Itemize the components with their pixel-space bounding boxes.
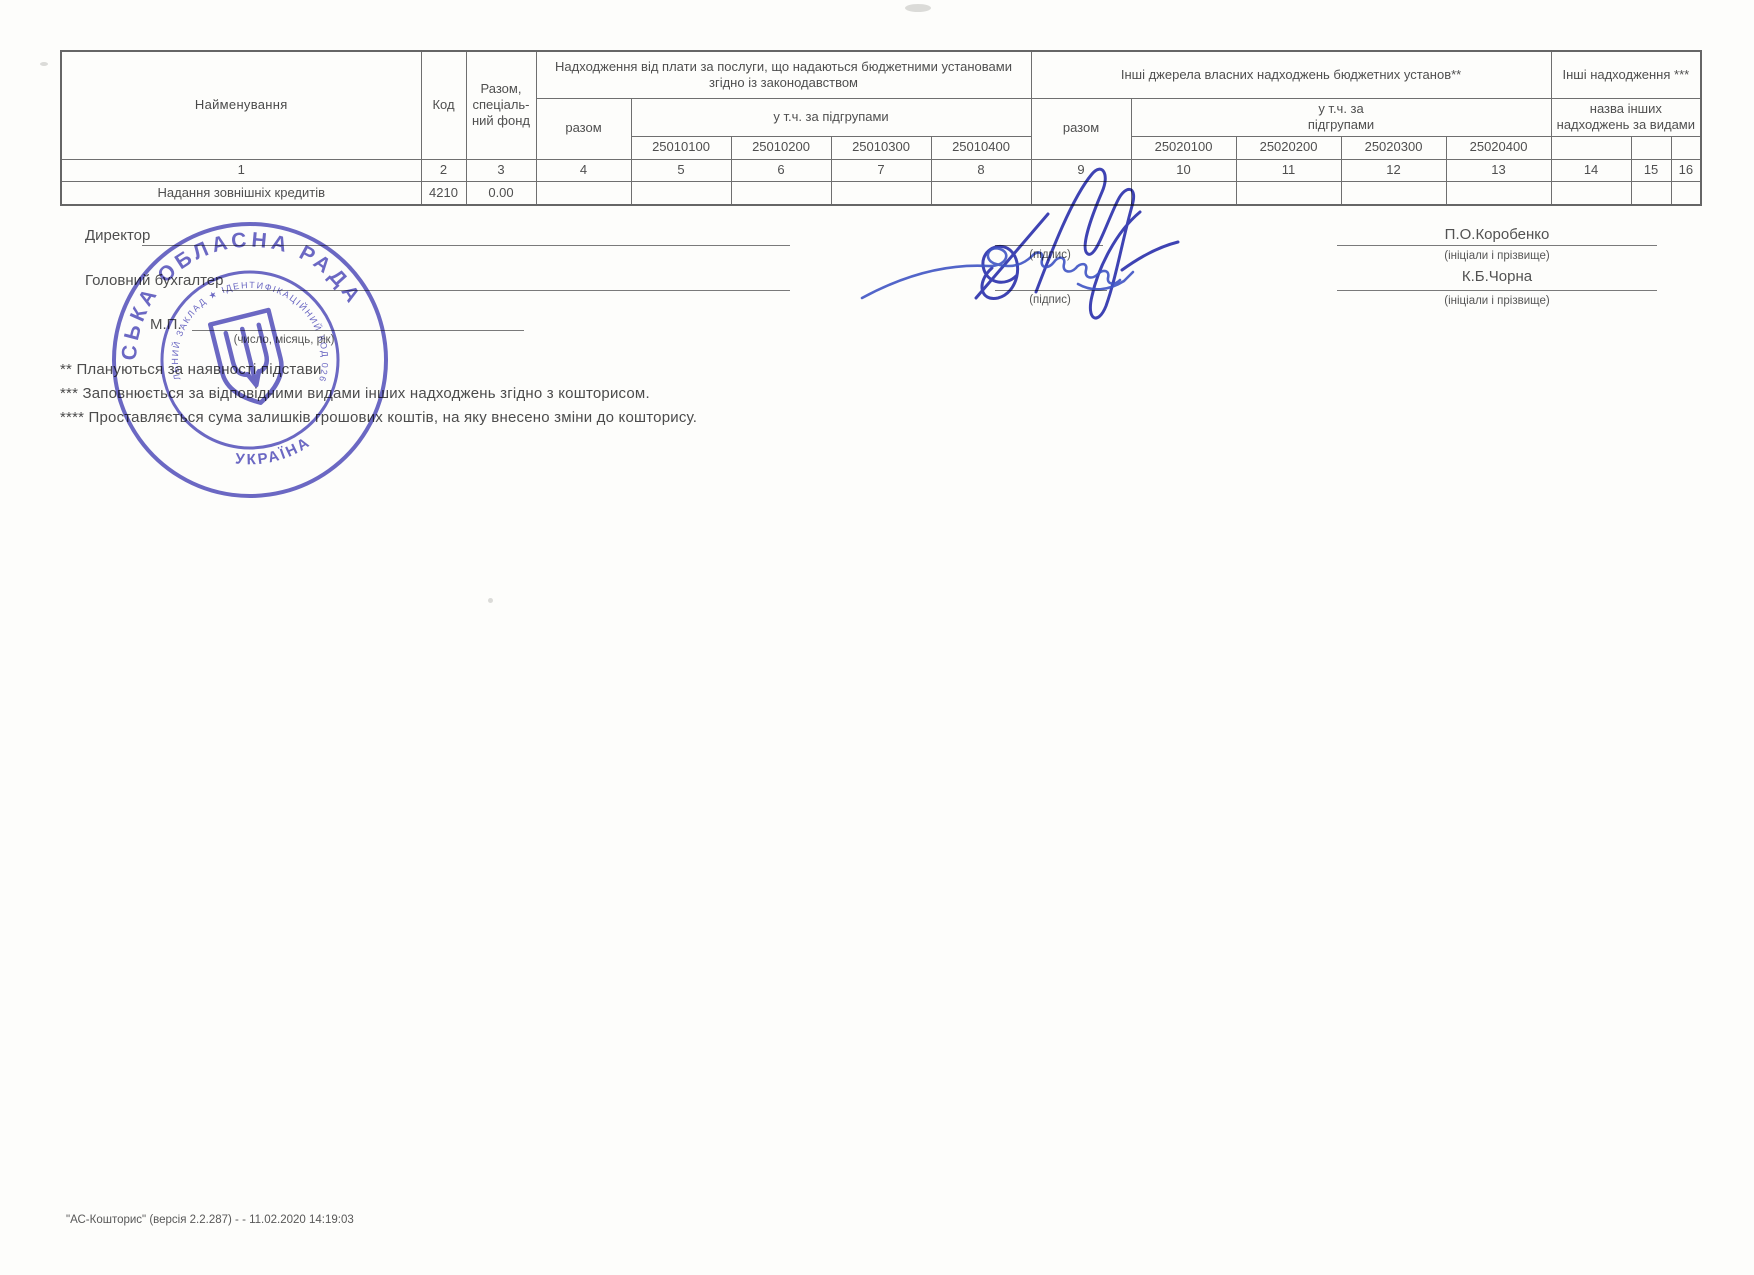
column-number: 14 [1551,159,1631,181]
director-name: П.О.Коробенко [1337,226,1657,243]
row-code-cell: 4210 [421,181,466,205]
official-round-stamp: СЬКА ОБЛАСНА РАДА УКРАЇНА НАВЧАЛЬНИЙ ЗАК… [105,215,395,505]
empty-data-cell [1446,181,1551,205]
col-header-other-income-names: назва інших надходжень за видами [1551,98,1701,136]
name-hint: (ініціали і прізвище) [1337,295,1657,307]
row-special-fund-total-cell: 0.00 [466,181,536,205]
empty-data-cell [1341,181,1446,205]
empty-header-cell [1671,136,1701,159]
scanned-document-page: Найменування Код Разом, спеціаль-ний фон… [0,0,1754,1275]
director-signature-stroke [976,169,1178,318]
empty-data-cell [631,181,731,205]
column-number: 15 [1631,159,1671,181]
column-number: 12 [1341,159,1446,181]
subgroup-code: 25010100 [631,136,731,159]
empty-header-cell [1631,136,1671,159]
group-header-other-sources: Інші джерела власних надходжень бюджетни… [1031,51,1551,98]
accountant-name-line [1337,290,1657,291]
col-header-subgroups-1: у т.ч. за підгрупами [631,98,1031,136]
empty-data-cell [1671,181,1701,205]
column-number: 16 [1671,159,1701,181]
subgroup-code: 25020400 [1446,136,1551,159]
empty-data-cell [1631,181,1671,205]
subgroup-code: 25010200 [731,136,831,159]
handwritten-signatures [840,150,1260,350]
accountant-name: К.Б.Чорна [1337,268,1657,285]
director-name-line [1337,245,1657,246]
group-header-other-income: Інші надходження *** [1551,51,1701,98]
column-number: 6 [731,159,831,181]
name-hint: (ініціали і прізвище) [1337,250,1657,262]
col-header-total-1: разом [536,98,631,159]
column-number: 2 [421,159,466,181]
subgroups-2-label: у т.ч. за підгрупами [1285,101,1397,134]
empty-data-cell [1551,181,1631,205]
svg-text:УКРАЇНА: УКРАЇНА [231,432,316,475]
column-number: 13 [1446,159,1551,181]
column-number: 3 [466,159,536,181]
column-number: 5 [631,159,731,181]
col-header-name: Найменування [61,51,421,159]
col-header-subgroups-2: у т.ч. за підгрупами [1131,98,1551,136]
scan-artifact [905,4,931,12]
scan-artifact [488,598,493,603]
empty-data-cell [536,181,631,205]
group-header-services: Надходження від плати за послуги, що над… [536,51,1031,98]
col-header-code: Код [421,51,466,159]
column-number: 4 [536,159,631,181]
empty-data-cell [731,181,831,205]
empty-header-cell [1551,136,1631,159]
row-name-cell: Надання зовнішніх кредитів [61,181,421,205]
subgroup-code: 25020300 [1341,136,1446,159]
stamp-bottom-text: УКРАЇНА [231,432,316,475]
trident-emblem-icon [210,310,290,410]
scan-artifact [40,62,48,66]
software-version-footer: "АС-Кошторис" (версія 2.2.287) - - 11.02… [66,1214,354,1226]
column-number: 1 [61,159,421,181]
col-header-special-fund: Разом, спеціаль-ний фонд [466,51,536,159]
